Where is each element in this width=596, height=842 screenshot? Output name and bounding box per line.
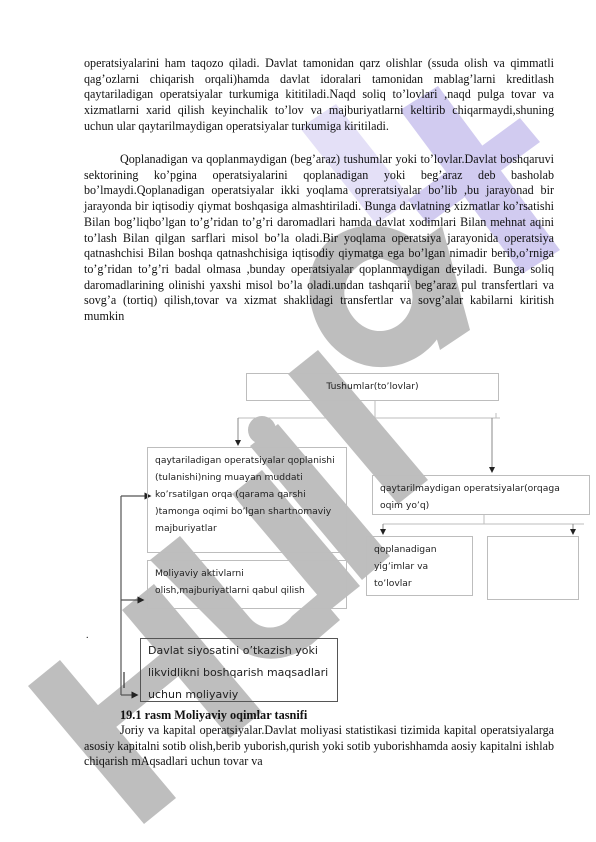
returnable-operations-box: qaytariladigan operatsiyalar qoplanishi … — [147, 447, 347, 553]
financial-assets-box: Moliyaviy aktivlarni olish,majburiyatlar… — [147, 560, 347, 609]
paragraph-2-text: Qoplanadigan va qoplanmaydigan (beg’araz… — [84, 152, 554, 323]
covered-fees-box: qoplanadigan yig’imlar va to’lovlar — [366, 536, 473, 596]
diagram-root-box: Tushumlar(to’lovlar) — [246, 373, 499, 401]
figure-caption: 19.1 rasm Moliyaviy oqimlar tasnifi — [120, 708, 307, 723]
paragraph-3-text: Joriy va kapital operatsiyalar.Davlat mo… — [84, 723, 554, 768]
empty-box — [487, 536, 579, 600]
paragraph-3: Joriy va kapital operatsiyalar.Davlat mo… — [84, 723, 554, 770]
paragraph-1: operatsiyalarini ham taqozo qiladi. Davl… — [84, 56, 554, 135]
paragraph-2: Qoplanadigan va qoplanmaydigan (beg’araz… — [84, 152, 554, 325]
non-returnable-operations-box: qaytarilmaydigan operatsiyalar(orqaga oq… — [372, 475, 590, 515]
policy-box: Davlat siyosatini o’tkazish yoki likvidl… — [140, 638, 338, 702]
stray-mark: . — [86, 630, 89, 641]
document-page: operatsiyalarini ham taqozo qiladi. Davl… — [0, 0, 596, 842]
